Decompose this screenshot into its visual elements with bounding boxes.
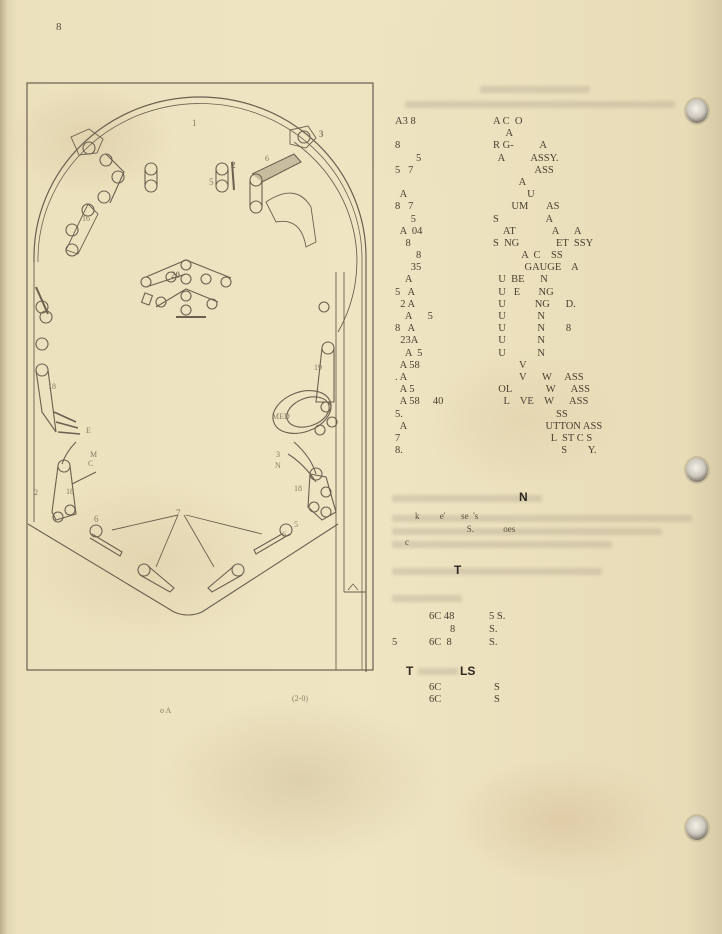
part-row: A 04 AT A A — [395, 226, 695, 238]
callout-6-right: 6 — [282, 530, 286, 539]
callout-med: MED — [272, 412, 290, 421]
callout-e: E — [86, 426, 91, 435]
punch-hole-middle — [686, 458, 708, 482]
section-ls-title-left: T — [406, 664, 413, 678]
section-ls-title-right: LS — [460, 664, 475, 678]
page-number: 8 — [56, 21, 62, 33]
part-row: A — [395, 177, 695, 189]
part-row: 5 7 ASS — [395, 165, 695, 177]
section-n-line-1: k e' se 's — [415, 511, 478, 521]
section-n-line-3: c — [405, 537, 409, 547]
diagram-caption-right: (2-0) — [292, 694, 308, 703]
part-row: 5 A U E NG — [395, 287, 695, 299]
part-row: A 5 U N — [395, 348, 695, 360]
part-row: A U — [395, 189, 695, 201]
part-row: 8R G- A — [395, 140, 695, 152]
table-row: 8 S. — [377, 624, 637, 637]
table-row: 6C 48 5 S. — [377, 611, 637, 624]
callout-m: M — [90, 450, 97, 459]
callout-6: 6 — [265, 154, 269, 163]
callout-3: 3 — [319, 129, 324, 139]
part-row: A — [395, 128, 695, 140]
callout-7: 7 — [176, 508, 181, 518]
part-row: 8 A C SS — [395, 250, 695, 262]
table-row: 6C S — [377, 694, 637, 706]
part-row: A U BE N — [395, 274, 695, 286]
part-row: 8 7 UM AS — [395, 201, 695, 213]
part-row: 5. SS — [395, 409, 695, 421]
section-n-line-2: S. oes — [415, 524, 515, 534]
callout-n: N — [275, 461, 281, 470]
callout-6-left: 6 — [94, 514, 99, 524]
callout-5: 5 — [209, 177, 214, 187]
callout-20: 20 — [171, 270, 180, 280]
callout-16: 16 — [82, 214, 90, 223]
part-row: 5S A — [395, 214, 695, 226]
part-row: . A V W ASS — [395, 372, 695, 384]
playfield-diagram: 1 2 3 5 6 7 16 18 18 19 20 M C E MED 3 N… — [26, 82, 374, 672]
part-row: A UTTON ASS — [395, 421, 695, 433]
callout-18: 18 — [48, 382, 56, 391]
part-row: A3 8A C O — [395, 116, 695, 128]
faded-subheading — [392, 595, 462, 602]
callout-1: 1 — [192, 118, 197, 128]
section-n-title: N — [519, 490, 528, 504]
part-row: 8. S Y. — [395, 445, 695, 457]
table-row: 5 6C 8 S. — [377, 637, 637, 650]
part-row: 2 A U NG D. — [395, 299, 695, 311]
part-row: A 5 OL W ASS — [395, 384, 695, 396]
part-row: A 58 40 L VE W ASS — [395, 396, 695, 408]
diagram-caption-left: o A — [160, 706, 171, 715]
callout-18-right: 18 — [294, 484, 302, 493]
faded-heading — [480, 86, 590, 93]
callout-19: 19 — [314, 363, 322, 372]
punch-hole-bottom — [686, 816, 708, 840]
callout-18-lower: 18 — [66, 487, 74, 496]
part-row: 8 A U N 8 — [395, 323, 695, 335]
parts-list: A3 8A C O A 8R G- A 5 A ASSY. 5 7 ASS A … — [395, 116, 695, 457]
section-ls-heading-bar — [418, 668, 458, 675]
part-row: 8S NG ET SSY — [395, 238, 695, 250]
part-row: A 5 U N — [395, 311, 695, 323]
callout-2: 2 — [231, 160, 236, 170]
part-row: A 58 V — [395, 360, 695, 372]
callout-5-right: 5 — [294, 520, 298, 529]
part-row: 35 GAUGE A — [395, 262, 695, 274]
section-t-rows: 6C 48 5 S. 8 S. 5 6C 8 S. — [377, 611, 637, 650]
callout-c: C — [88, 459, 93, 468]
section-t-title: T — [454, 563, 461, 577]
section-ls-rows: 6C S 6C S — [377, 682, 637, 706]
faded-line — [392, 541, 612, 548]
callout-3-lower: 3 — [276, 450, 280, 459]
table-row: 6C S — [377, 682, 637, 694]
faded-subheading — [405, 101, 675, 108]
section-t-heading-bar — [392, 568, 602, 575]
page-edge — [0, 0, 8, 934]
part-row: 7 L ST C S — [395, 433, 695, 445]
part-row: 5 A ASSY. — [395, 153, 695, 165]
part-row: 23A U N — [395, 335, 695, 347]
callout-2-lower: 2 — [34, 488, 38, 497]
